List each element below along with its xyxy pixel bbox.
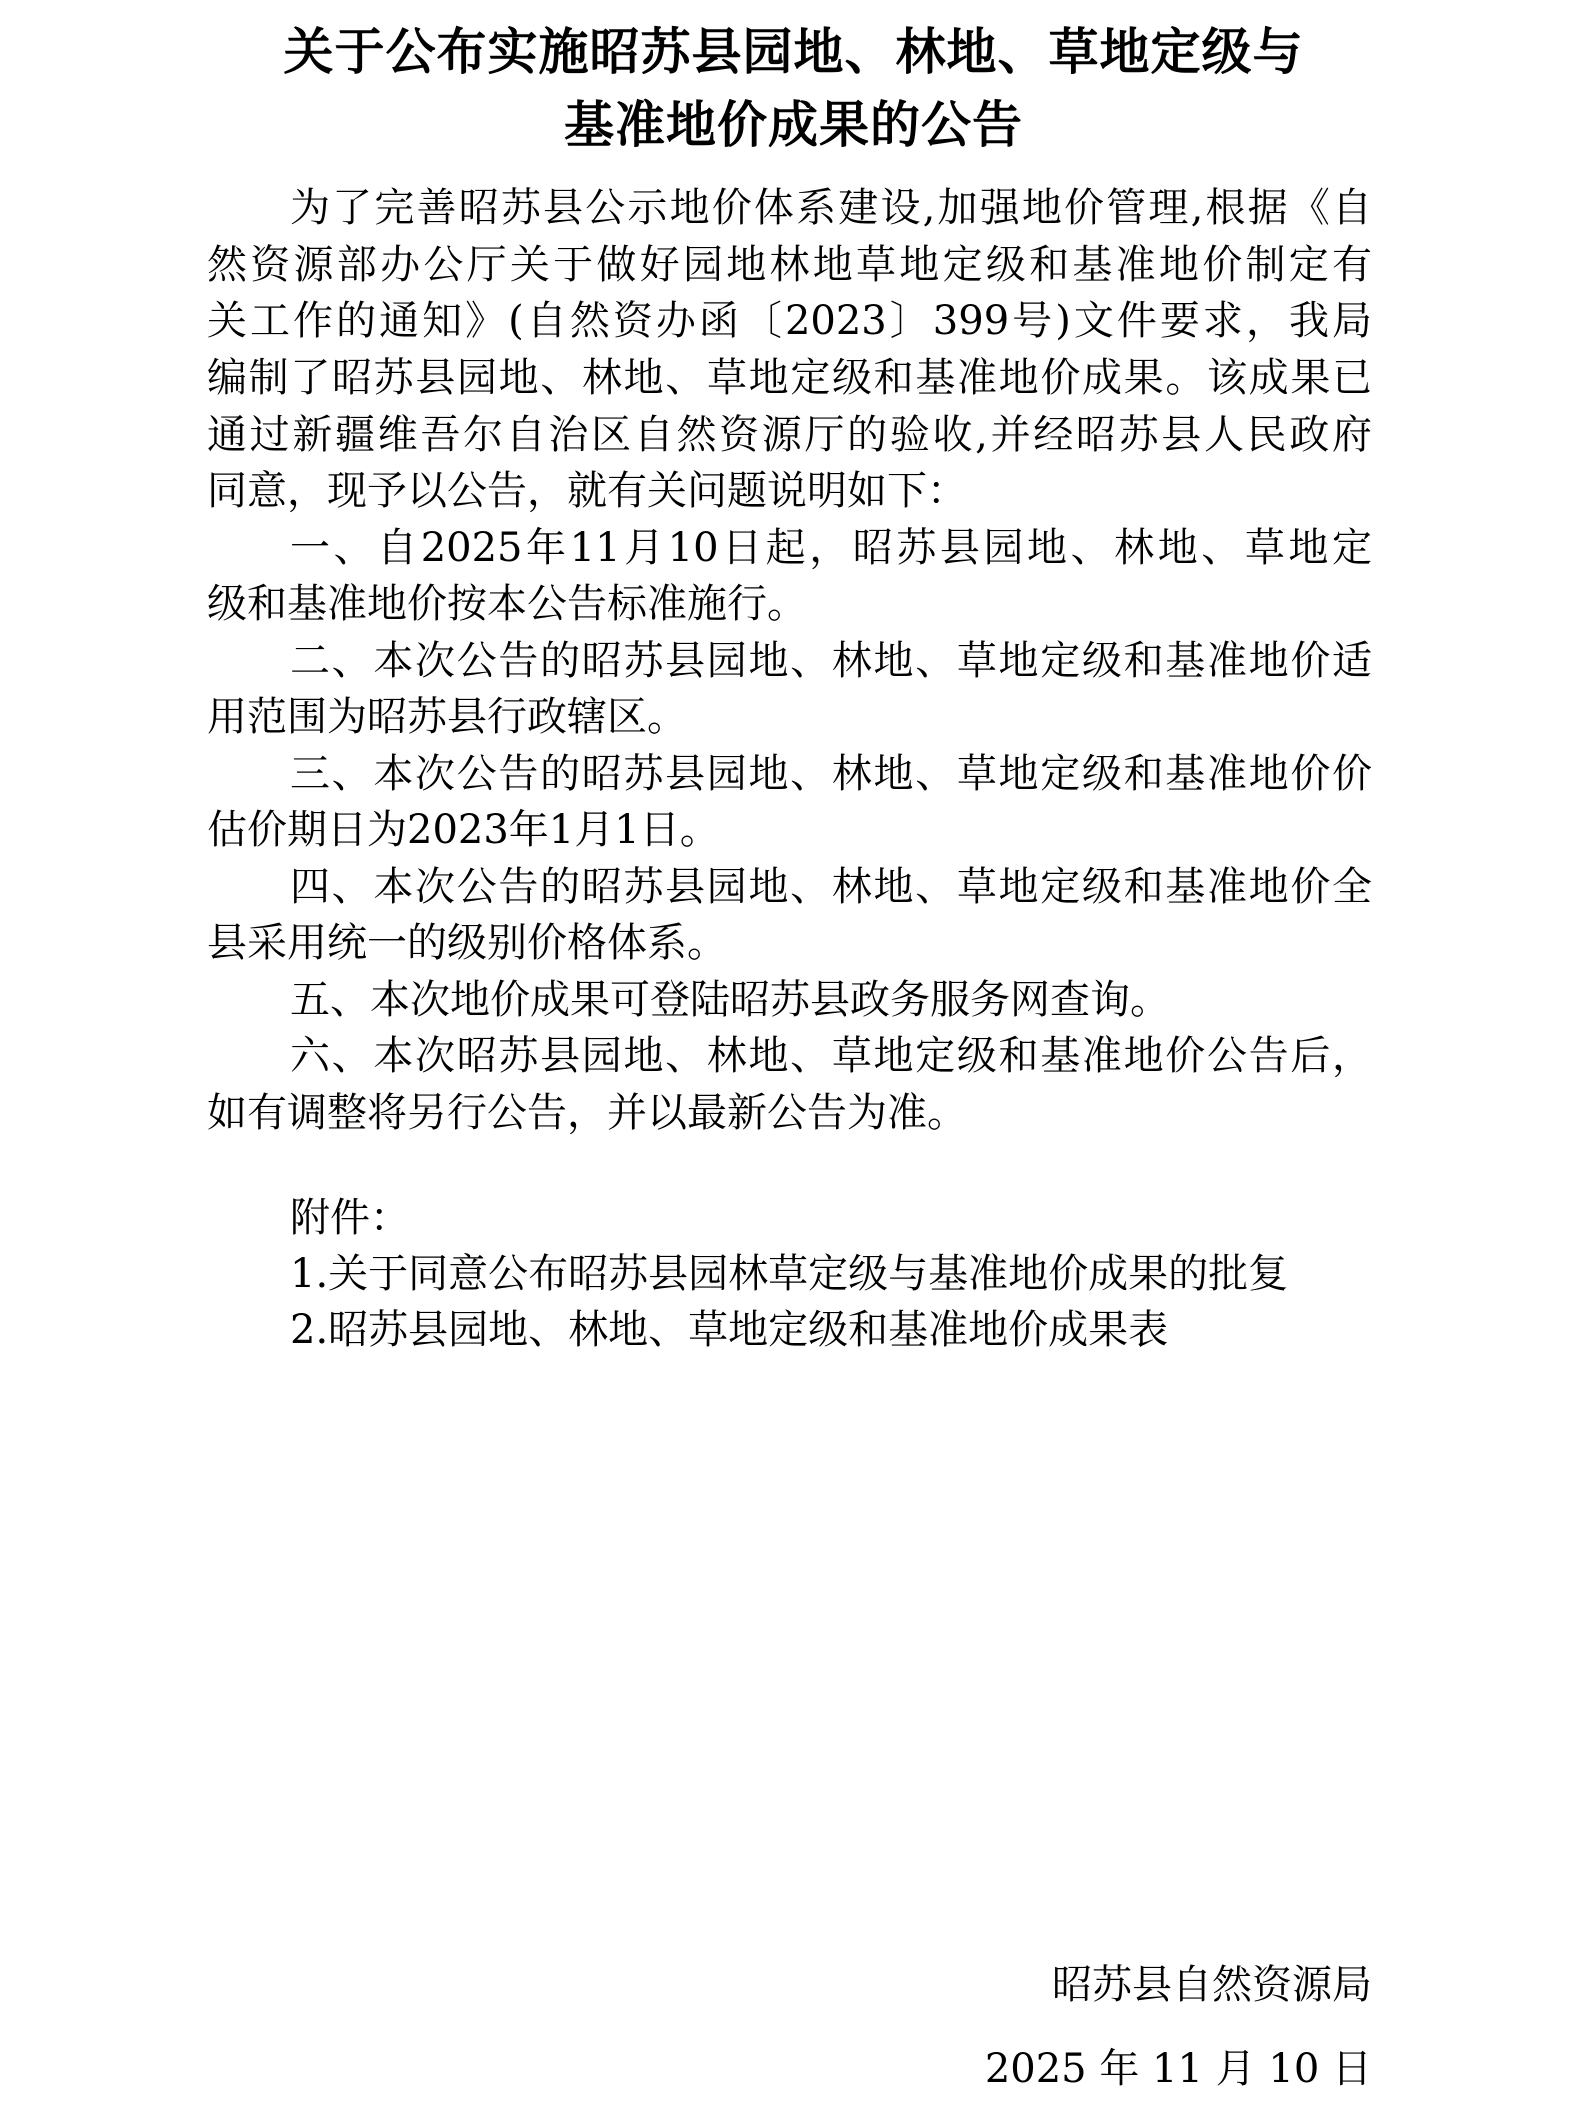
paragraph-item-1-line-2: 级和基准地价按本公告标准施行。 [207,584,1372,624]
document-title-line-2: 基准地价成果的公告 [190,100,1397,150]
attachment-item-2: 2.昭苏县园地、林地、草地定级和基准地价成果表 [290,1310,1168,1350]
document-title-line-1: 关于公布实施昭苏县园地、林地、草地定级与 [190,27,1397,77]
signature-organization: 昭苏县自然资源局 [1052,1965,1372,2005]
paragraph-item-6-line-1: 六、本次昭苏县园地、林地、草地定级和基准地价公告后， [290,1036,1372,1076]
paragraph-intro-line-2: 然资源部办公厅关于做好园地林地草地定级和基准地价制定有 [207,245,1372,285]
attachments-label: 附件： [290,1198,410,1238]
paragraph-item-2-line-2: 用范围为昭苏县行政辖区。 [207,697,1372,737]
paragraph-intro-line-4: 编制了昭苏县园地、林地、草地定级和基准地价成果。该成果已 [207,358,1372,398]
paragraph-item-4-line-2: 县采用统一的级别价格体系。 [207,923,1372,963]
paragraph-item-3-line-1: 三、本次公告的昭苏县园地、林地、草地定级和基准地价价 [290,754,1372,794]
paragraph-item-4-line-1: 四、本次公告的昭苏县园地、林地、草地定级和基准地价全 [290,867,1372,907]
signature-date: 2025 年 11 月 10 日 [985,2049,1372,2089]
paragraph-intro-line-3: 关工作的通知》(自然资办函〔2023〕399号)文件要求，我局 [207,301,1372,341]
paragraph-item-2-line-1: 二、本次公告的昭苏县园地、林地、草地定级和基准地价适 [290,641,1372,681]
paragraph-intro-line-6: 同意，现予以公告，就有关问题说明如下： [207,471,1372,511]
paragraph-intro-line-5: 通过新疆维吾尔自治区自然资源厅的验收,并经昭苏县人民政府 [207,415,1372,455]
paragraph-item-6-line-2: 如有调整将另行公告，并以最新公告为准。 [207,1093,1372,1133]
paragraph-item-1-line-1: 一、自2025年11月10日起，昭苏县园地、林地、草地定 [290,528,1372,568]
paragraph-intro-line-1: 为了完善昭苏县公示地价体系建设,加强地价管理,根据《自 [290,188,1372,228]
paragraph-item-5-line-1: 五、本次地价成果可登陆昭苏县政务服务网查询。 [290,980,1372,1020]
attachment-item-1: 1.关于同意公布昭苏县园林草定级与基准地价成果的批复 [290,1254,1288,1294]
document-page: 关于公布实施昭苏县园地、林地、草地定级与 基准地价成果的公告 为了完善昭苏县公示… [0,0,1587,2101]
paragraph-item-3-line-2: 估价期日为2023年1月1日。 [207,810,1372,850]
